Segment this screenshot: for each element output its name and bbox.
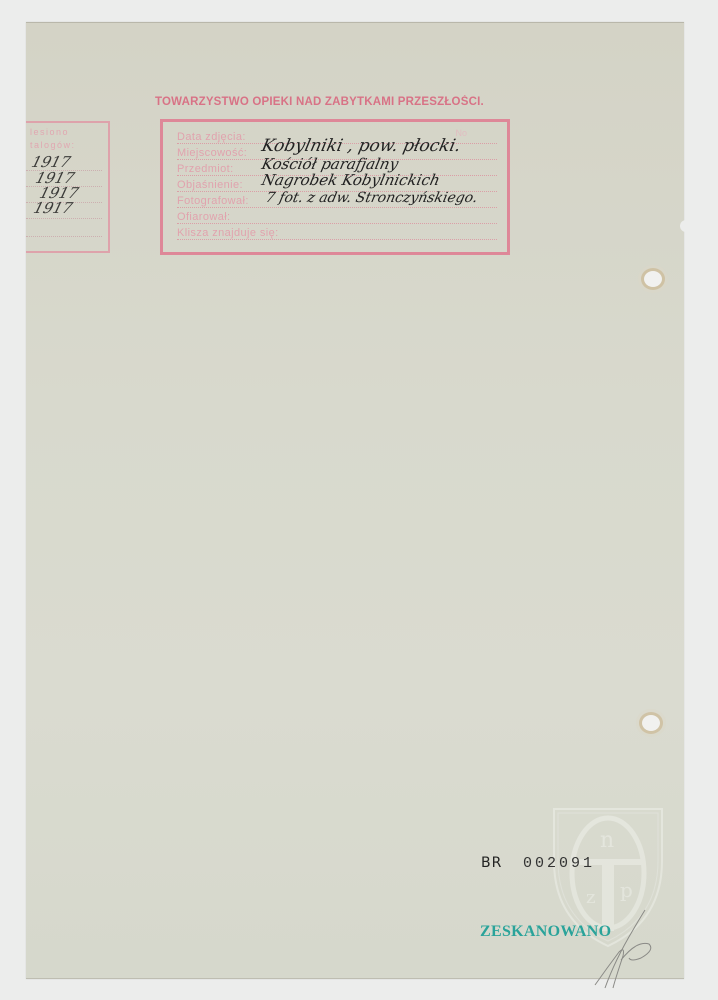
handwritten-description: Nagrobek Kobylnickich bbox=[260, 171, 442, 189]
left-row-line bbox=[26, 235, 102, 237]
left-stamp-label-1: lesiono bbox=[30, 127, 69, 137]
field-donor: Ofiarował: bbox=[177, 208, 497, 224]
left-row-line bbox=[26, 217, 102, 219]
field-label: Klisza znajduje się: bbox=[177, 227, 279, 239]
pencil-signature-icon bbox=[585, 900, 665, 990]
left-partial-stamp: lesiono talogów: 1917 1917 1917 1917 bbox=[26, 121, 110, 253]
field-negative-location: Klisza znajduje się: bbox=[177, 224, 497, 240]
field-label: Miejscowość: bbox=[177, 147, 247, 159]
field-label: Objaśnienie: bbox=[177, 179, 243, 191]
edge-notch bbox=[680, 220, 686, 232]
left-stamp-label-2: talogów: bbox=[30, 140, 76, 150]
field-label: Data zdjęcia: bbox=[177, 131, 246, 143]
handwritten-photographer: 7 fot. z adw. Stronczyńskiego. bbox=[264, 190, 479, 206]
svg-text:n: n bbox=[600, 828, 614, 853]
year-entry: 1917 bbox=[32, 199, 75, 217]
stamp-title: TOWARZYSTWO OPIEKI NAD ZABYTKAMI PRZESZŁ… bbox=[155, 96, 515, 108]
field-label: Przedmiot: bbox=[177, 163, 234, 175]
field-label: Fotografował: bbox=[177, 195, 249, 207]
punch-hole-bottom bbox=[642, 715, 660, 731]
br-label: BR bbox=[481, 855, 502, 871]
inventory-number: 002091 bbox=[523, 855, 595, 872]
handwritten-place: Kobylniki , pow. płocki. bbox=[260, 136, 463, 156]
svg-text:p: p bbox=[620, 878, 633, 902]
punch-hole-top bbox=[644, 271, 662, 287]
field-label: Ofiarował: bbox=[177, 211, 231, 223]
